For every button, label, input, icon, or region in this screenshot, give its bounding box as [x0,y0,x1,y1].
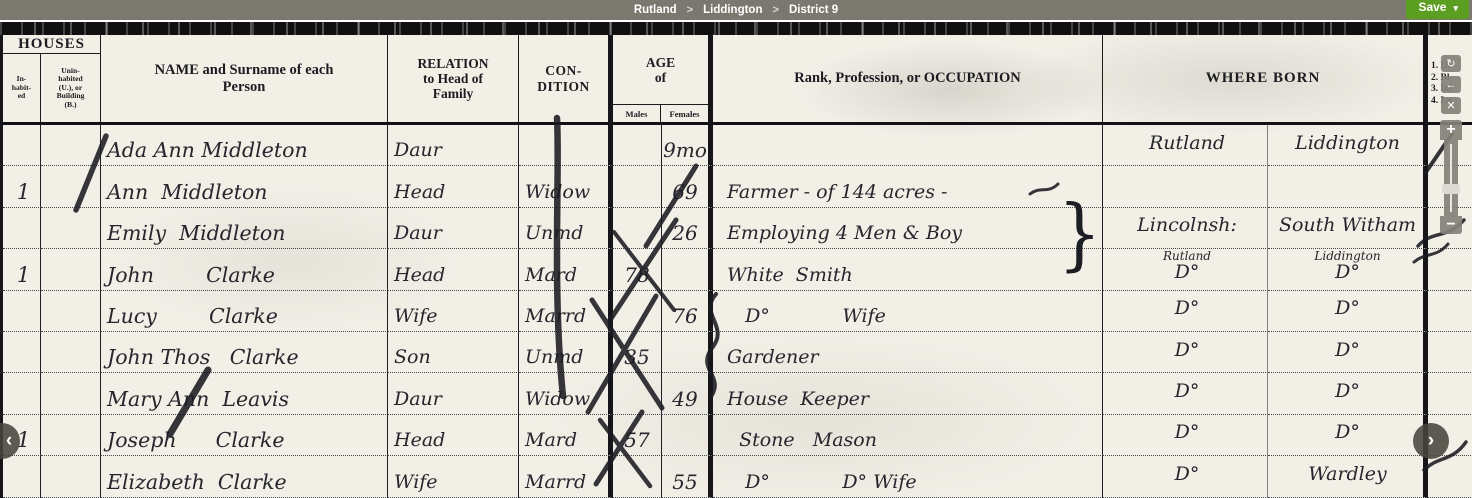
census-row: Elizabeth Clarke Wife Marrd 55 D° D° Wif… [3,456,1472,497]
cell-occupation: Gardener [713,332,1103,373]
cell-inhabited [3,125,41,166]
census-sheet: HOUSES In- habit- ed Unin- habited (U.),… [0,35,1472,498]
cell-born-county: Lincolnsh: [1103,208,1268,249]
cell-born-county [1103,166,1268,207]
born-place-value: Wardley [1308,464,1387,485]
breadcrumb-district[interactable]: District 9 [789,4,838,16]
cell-uninhabited [41,249,101,290]
cell-born-place: Wardley [1268,456,1428,497]
cell-age-male [613,456,662,497]
born-county-value: Lincolnsh: [1137,215,1237,236]
header-uninhabited: Unin- habited (U.), or Building (B.) [41,54,100,122]
cell-age-female [662,249,713,290]
breadcrumb: Rutland > Liddington > District 9 [0,0,1472,20]
cell-inhabited [3,373,41,414]
cell-condition: Mard [519,249,613,290]
chevron-right-icon: › [1428,430,1434,452]
close-controls-button[interactable]: ✕ [1441,97,1461,114]
census-row: 1 Ann Middleton Head Widow 69 Farmer - o… [3,166,1472,207]
cell-condition: Marrd [519,456,613,497]
cell-inhabited [3,208,41,249]
breadcrumb-separator-icon: > [773,4,779,16]
cell-name: Ada Ann Middleton [101,125,388,166]
census-row: 1 John Clarke Head Mard 78 White Smith R… [3,249,1472,290]
cell-uninhabited [41,125,101,166]
chevron-left-icon: ‹ [6,430,12,452]
cell-age-female: 9mo [662,125,713,166]
cell-name: Emily Middleton [101,208,388,249]
close-icon: ✕ [1446,99,1455,112]
cell-born-county: D° [1103,291,1268,332]
born-county-value: D° [1175,464,1200,485]
cell-relation: Wife [388,456,519,497]
cell-name: John Clarke [101,249,388,290]
cell-age-male: 35 [613,332,662,373]
cell-born-county: D° [1103,373,1268,414]
cell-occupation: House Keeper [713,373,1103,414]
header-condition: CON- DITION [519,35,613,125]
breadcrumb-county[interactable]: Rutland [634,4,677,16]
cell-margin [1428,249,1472,290]
cell-condition: Widow [519,373,613,414]
header-occupation: Rank, Profession, or OCCUPATION [713,35,1103,125]
header-name: NAME and Surname of each Person [101,35,388,125]
cell-inhabited [3,456,41,497]
cell-condition [519,125,613,166]
cell-occupation: Stone Mason [713,415,1103,456]
born-place-value: D° [1335,262,1360,283]
born-county-value: D° [1175,422,1200,443]
cell-age-male: 57 [613,415,662,456]
born-place-value: D° [1335,381,1360,402]
cell-age-male [613,166,662,207]
cell-name: Elizabeth Clarke [101,456,388,497]
cell-relation: Head [388,249,519,290]
cell-margin [1428,332,1472,373]
cell-condition: Unmd [519,208,613,249]
census-scan-image[interactable]: HOUSES In- habit- ed Unin- habited (U.),… [0,20,1472,498]
born-place-value: D° [1335,298,1360,319]
cell-inhabited: 1 [3,249,41,290]
cell-uninhabited [41,332,101,373]
header-age-females: Females [661,105,708,122]
zoom-out-button[interactable]: − [1440,216,1462,234]
cell-uninhabited [41,166,101,207]
save-button[interactable]: Save ▾ [1406,0,1469,19]
cell-born-place: D° [1268,332,1428,373]
census-row: Ada Ann Middleton Daur 9mo Rutland Liddi… [3,125,1472,166]
breadcrumb-parish[interactable]: Liddington [703,4,762,16]
census-table-header: HOUSES In- habit- ed Unin- habited (U.),… [0,35,1472,125]
zoom-slider-handle[interactable] [1442,184,1460,194]
cell-occupation: Farmer - of 144 acres - [713,166,1103,207]
cell-uninhabited [41,373,101,414]
cell-occupation [713,125,1103,166]
header-age: AGE of Males Females [613,35,713,125]
save-button-label: Save [1418,0,1446,14]
cell-name: Joseph Clarke [101,415,388,456]
cell-name: Lucy Clarke [101,291,388,332]
cell-condition: Mard [519,415,613,456]
cell-age-female: 76 [662,291,713,332]
breadcrumb-separator-icon: > [687,4,693,16]
census-row: 1 Joseph Clarke Head Mard 57 Stone Mason… [3,415,1472,456]
cell-occupation: Employing 4 Men & Boy [713,208,1103,249]
cell-occupation: D° D° Wife [713,456,1103,497]
header-where-born: WHERE BORN [1103,35,1428,125]
cell-age-male [613,291,662,332]
header-inhabited: In- habit- ed [3,54,41,122]
cell-age-male [613,125,662,166]
cell-age-female [662,415,713,456]
cell-uninhabited [41,415,101,456]
header-houses: HOUSES In- habit- ed Unin- habited (U.),… [3,35,101,125]
cell-inhabited: 1 [3,166,41,207]
cell-relation: Son [388,332,519,373]
cell-condition: Marrd [519,291,613,332]
record-image-viewer: Rutland > Liddington > District 9 Save ▾… [0,0,1472,498]
born-county-value: Rutland [1149,133,1225,154]
cell-relation: Daur [388,208,519,249]
arrow-left-icon: ← [1446,79,1457,91]
census-row: John Thos Clarke Son Unmd 35 Gardener D°… [3,332,1472,373]
cell-born-county: D° [1103,456,1268,497]
rotate-icon: ↻ [1446,57,1455,70]
census-row: Emily Middleton Daur Unmd 26 Employing 4… [3,208,1472,249]
cell-occupation: D° Wife [713,291,1103,332]
cell-born-place [1268,166,1428,207]
cell-occupation: White Smith [713,249,1103,290]
born-county-value: D° [1175,340,1200,361]
born-place-value: D° [1335,422,1360,443]
cell-relation: Daur [388,373,519,414]
plus-icon: + [1446,121,1455,139]
cell-name: Mary Ann Leavis [101,373,388,414]
pan-left-button[interactable]: ← [1441,76,1461,93]
header-relation: RELATION to Head of Family [388,35,519,125]
cell-born-place: Liddington [1268,125,1428,166]
cell-uninhabited [41,208,101,249]
next-image-button[interactable]: › [1413,423,1449,459]
cell-condition: Unmd [519,332,613,373]
cell-age-female: 49 [662,373,713,414]
chevron-down-icon: ▾ [1453,3,1458,14]
cell-margin [1428,291,1472,332]
cell-born-county: D° [1103,415,1268,456]
cell-age-male: 78 [613,249,662,290]
page-torn-edge [0,22,1472,35]
cell-born-place: Liddington D° [1268,249,1428,290]
cell-age-female [662,332,713,373]
cell-born-place: D° [1268,373,1428,414]
cell-age-male [613,373,662,414]
census-row: Mary Ann Leavis Daur Widow 49 House Keep… [3,373,1472,414]
rotate-button[interactable]: ↻ [1441,55,1461,72]
cell-born-place: D° [1268,291,1428,332]
cell-uninhabited [41,456,101,497]
header-age-males: Males [613,105,661,122]
born-county-value: D° [1175,381,1200,402]
cell-condition: Widow [519,166,613,207]
cell-name: John Thos Clarke [101,332,388,373]
viewer-topbar: Rutland > Liddington > District 9 Save ▾ [0,0,1472,20]
cell-age-female: 69 [662,166,713,207]
cell-age-male [613,208,662,249]
born-place-value: South Witham [1279,215,1416,236]
header-houses-title: HOUSES [3,35,100,54]
cell-born-county: D° [1103,332,1268,373]
born-place-value: Liddington [1295,133,1400,154]
header-age-title: AGE of [613,35,708,104]
cell-relation: Head [388,166,519,207]
census-rows: Ada Ann Middleton Daur 9mo Rutland Liddi… [0,125,1472,498]
cell-inhabited [3,332,41,373]
census-row: Lucy Clarke Wife Marrd 76 D° Wife D° D° [3,291,1472,332]
zoom-in-button[interactable]: + [1440,120,1462,140]
cell-born-county: Rutland D° [1103,249,1268,290]
cell-inhabited [3,291,41,332]
cell-name: Ann Middleton [101,166,388,207]
zoom-slider[interactable] [1444,140,1458,216]
cell-age-female: 26 [662,208,713,249]
cell-margin [1428,373,1472,414]
cell-born-place: D° [1268,415,1428,456]
cell-margin [1428,456,1472,497]
born-place-value: D° [1335,340,1360,361]
cell-relation: Head [388,415,519,456]
cell-uninhabited [41,291,101,332]
cell-relation: Daur [388,125,519,166]
cell-born-county: Rutland [1103,125,1268,166]
minus-icon: − [1446,216,1455,234]
cell-relation: Wife [388,291,519,332]
born-county-value: D° [1175,262,1200,283]
born-county-value: D° [1175,298,1200,319]
cell-born-place: South Witham [1268,208,1428,249]
cell-age-female: 55 [662,456,713,497]
